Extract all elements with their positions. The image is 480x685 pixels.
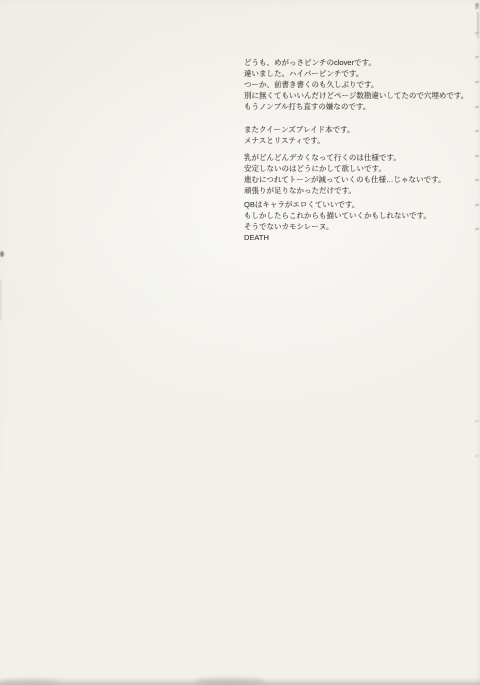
afterword-paragraph: どうも、めがっさピンチのcloverです。違いました。ハイパーピンチです。つーか… — [244, 57, 464, 112]
right-edge-tick-mark — [475, 105, 479, 108]
afterword-line: どうも、めがっさピンチのcloverです。 — [244, 57, 464, 68]
right-edge-tick-mark — [475, 178, 479, 181]
left-edge-streak — [0, 280, 2, 320]
afterword-line: 別に無くてもいいんだけどページ数勘違いしてたので穴埋めです。 — [244, 90, 464, 101]
right-edge-tick-mark — [475, 6, 479, 9]
top-right-edge-line — [477, 12, 479, 38]
right-edge-tick-mark — [475, 31, 479, 34]
afterword-line: 安定しないのはどうにかして欲しいです。 — [244, 163, 464, 174]
right-edge-tick-mark — [475, 227, 479, 230]
right-edge-tick-mark — [475, 203, 479, 206]
afterword-paragraph: QBはキャラがエロくていいです。もしかしたらこれからも描いていくかもしれないです… — [244, 199, 464, 243]
afterword-text-block: どうも、めがっさピンチのcloverです。違いました。ハイパーピンチです。つーか… — [244, 57, 464, 243]
afterword-line: またクイーンズブレイド本です。 — [244, 124, 464, 135]
right-edge-tick-mark — [475, 419, 479, 422]
afterword-paragraph: 乳がどんどんデカくなって行くのは仕様です。安定しないのはどうにかして欲しいです。… — [244, 152, 464, 196]
afterword-line: 進むにつれてトーンが減っていくのも仕様…じゃないです。 — [244, 174, 464, 185]
afterword-line: DEATH — [244, 232, 464, 243]
right-edge-tick-mark — [475, 129, 479, 132]
afterword-line: そうでないカモシレーヌ。 — [244, 221, 464, 232]
right-edge-tick-mark — [475, 154, 479, 157]
afterword-line: もうノンブル打ち直すの嫌なのです。 — [244, 101, 464, 112]
afterword-line: もしかしたらこれからも描いていくかもしれないです。 — [244, 210, 464, 221]
afterword-line: つーか、前書き書くのも久しぶりです。 — [244, 79, 464, 90]
top-right-speck — [475, 3, 479, 7]
right-edge-tick-mark — [475, 454, 479, 457]
afterword-line: 違いました。ハイパーピンチです。 — [244, 68, 464, 79]
left-edge-speck — [0, 251, 4, 257]
scanned-page: どうも、めがっさピンチのcloverです。違いました。ハイパーピンチです。つーか… — [0, 0, 480, 685]
right-edge-tick-mark — [475, 80, 479, 83]
afterword-line: メナスとリスティです。 — [244, 135, 464, 146]
afterword-paragraph: またクイーンズブレイド本です。メナスとリスティです。 — [244, 124, 464, 146]
afterword-line: 乳がどんどんデカくなって行くのは仕様です。 — [244, 152, 464, 163]
afterword-line: 頑張りが足りなかっただけです。 — [244, 185, 464, 196]
right-edge-tick-mark — [475, 55, 479, 58]
bottom-edge-smudge — [195, 678, 265, 685]
afterword-line: QBはキャラがエロくていいです。 — [244, 199, 464, 210]
bottom-left-smudge — [0, 679, 60, 685]
